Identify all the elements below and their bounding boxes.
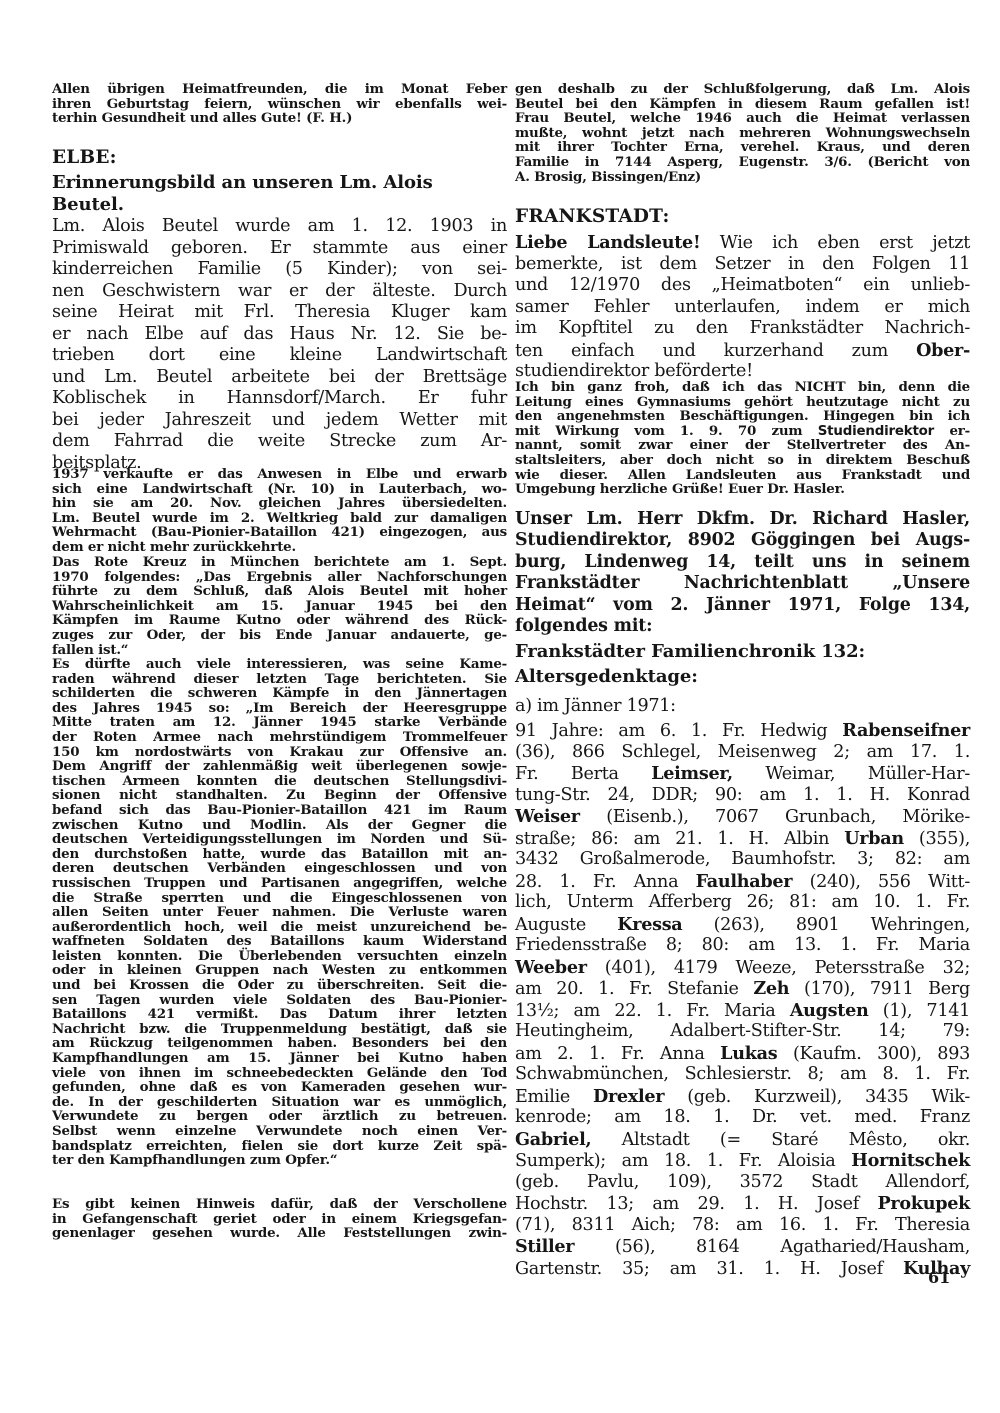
text-line: deutschen Verteidigungsstellungen im Nor… [52,832,507,847]
text-run: Friedensstraße 8; 80: am 13. 1. Fr. Mari… [515,935,970,955]
text-line: und Lm. Beutel arbeitete bei der Brettsä… [52,367,507,389]
text-line: genenlager gesehen wurde. Alle Feststell… [52,1226,507,1241]
text-line: gefunden, ohne daß es von Kameraden gese… [52,1080,507,1095]
text-line: Mitte traten am 12. Jänner 1945 starke V… [52,715,507,730]
text-run: kenrode; am 18. 1. Dr. vet. med. Franz [515,1107,970,1127]
text-line: sen Tagen wurden viele Soldaten des Bau-… [52,993,507,1008]
section-heading-elbe: ELBE: [52,147,507,169]
text-run: er- [934,423,970,439]
text-line: Allen übrigen Heimatfreunden, die im Mon… [52,82,507,97]
text-line: Studiendirektor, 8902 Göggingen bei Augs… [515,530,970,551]
text-line: fallen ist.“ [52,643,507,658]
text-line: schilderten die schweren Kämpfe in den J… [52,686,507,701]
text-run: (36), 866 Schlegel, Meisenweg 2; am 17. … [515,742,970,762]
text-line: außerordentlich hoch, weil die meist unz… [52,920,507,935]
text-line: Umgebung herzliche Grüße! Euer Dr. Hasle… [515,482,970,497]
text-run: lich, Unterm Afferberg 26; 81: am 10. 1.… [515,892,970,912]
text-line: Wehrmacht (Bau-Pionier-Bataillon 421) ei… [52,525,507,540]
text-run: (geb. Pavlu, 109), 3572 Stadt Allendorf, [515,1172,970,1192]
text-line: Lm. Alois Beutel wurde am 1. 12. 1903 in [52,216,507,238]
text-line: Lm. Beutel wurde im 2. Weltkrieg bald zu… [52,511,507,526]
text-line: Kampfhandlungen am 15. Jänner bei Kutno … [52,1051,507,1066]
salutation: Liebe Landsleute! [515,232,700,253]
text-line: im Kopftitel zu den Frankstädter Nachric… [515,318,970,340]
text-run: am 20. 1. Fr. Stefanie [515,979,753,999]
letter-body: Ich bin ganz froh, daß ich das NICHT bin… [515,380,970,497]
text-line: der Roten Armee nach mehrstündigem Tromm… [52,730,507,745]
text-line: und bei Krossen die Oder zu überschreite… [52,978,507,993]
text-line: raden während dieser letzten Tage berich… [52,672,507,687]
chronicle-line: kenrode; am 18. 1. Dr. vet. med. Franz [515,1107,970,1129]
chronicle-line: Weeber (401), 4179 Weeze, Petersstraße 3… [515,957,970,979]
surname: Faulhaber [696,871,793,892]
text-line: Leitung eines Gymnasiums gehört heutzuta… [515,395,970,410]
text-line: am Rückzug teilgenommen haben. Besonders… [52,1036,507,1051]
text-run: (170), 7911 Berg [789,979,970,999]
chronicle-line: (geb. Pavlu, 109), 3572 Stadt Allendorf, [515,1172,970,1194]
text-line: allen Seiten unter Feuer nahmen. Die Ver… [52,905,507,920]
chronicle-line: Hochstr. 13; am 29. 1. H. Josef Prokupek [515,1193,970,1215]
chronicle-subtitle: Altersgedenktage: [515,666,970,688]
chronicle-line: 91 Jahre: am 6. 1. Fr. Hedwig Rabenseifn… [515,720,970,742]
letter-intro: Liebe Landsleute! Wie ich eben erst jetz… [515,232,970,383]
surname: Kressa [617,914,682,935]
chronicle-line: Stiller (56), 8164 Agatharied/Hausham, [515,1236,970,1258]
text-line: Das Rote Kreuz in München berichtete am … [52,555,507,570]
text-line: Familie in 7144 Asperg, Eugenstr. 3/6. (… [515,155,970,170]
chronicle-line: Gartenstr. 35; am 31. 1. H. Josef Kulhay [515,1258,970,1280]
chronicle-line: (36), 866 Schlegel, Meisenweg 2; am 17. … [515,742,970,764]
title-line: Erinnerungsbild an unseren Lm. Alois [52,172,507,194]
text-line: waffneten Soldaten des Bataillons kaum W… [52,934,507,949]
text-line: Unser Lm. Herr Dkfm. Dr. Richard Hasler, [515,509,970,530]
text-line: burg, Lindenweg 14, teilt uns in seinem [515,552,970,573]
text-run: tung-Str. 24, DDR; 90: am 1. 1. H. Konra… [515,785,970,805]
text-line: kinderreichen Familie (5 Kinder); von se… [52,259,507,281]
text-run: (geb. Kurzweil), 3435 Wik- [664,1087,970,1107]
text-line: Frankstädter Nachrichtenblatt „Unsere [515,573,970,594]
text-line: mit ihrer Tochter Erna, verehel. Kraus, … [515,140,970,155]
surname: Drexler [593,1086,664,1107]
text-run: (Kaufm. 300), 893 [777,1044,970,1064]
text-run: ten einfach und kurzerhand zum [515,341,916,361]
text-run: (1), 7141 [868,1001,970,1021]
surname: Weiser [515,806,580,827]
text-line: dem er nicht mehr zurückkehrte. [52,540,507,555]
surname: Prokupek [877,1193,970,1214]
text-line: sich eine Landwirtschaft (Nr. 10) in Lau… [52,482,507,497]
lead-paragraph: Lm. Alois Beutel wurde am 1. 12. 1903 in… [52,216,507,474]
text-run: straße; 86: am 21. 1. H. Albin [515,829,844,849]
text-run: (355), [904,829,970,849]
text-line: Bataillons 421 vermißt. Das Datum ihrer … [52,1007,507,1022]
text-line: mit Wirkung vom 1. 9. 70 zum Studiendire… [515,424,970,439]
text-run: Altstadt (= Staré Mêsto, okr. [591,1130,970,1150]
page-number: 61 [928,1268,950,1287]
chronicle-line: Fr. Berta Leimser, Weimar, Müller-Har- [515,763,970,785]
text-line: viele von ihnen im schneebedeckten Gelän… [52,1066,507,1081]
body-paragraph-2: Das Rote Kreuz in München berichtete am … [52,555,507,657]
text-run: Fr. Berta [515,764,651,784]
chronicle-line: am 20. 1. Fr. Stefanie Zeh (170), 7911 B… [515,978,970,1000]
chronicle-line: lich, Unterm Afferberg 26; 81: am 10. 1.… [515,892,970,914]
text-line: Frau Beutel, welche 1946 auch die Heimat… [515,111,970,126]
text-run: Heutingheim, Adalbert-Stifter-Str. 14; 7… [515,1021,970,1041]
text-line: des Jahres 1945 so: „Im Bereich der Heer… [52,701,507,716]
text-run: mit Wirkung vom 1. 9. 70 zum [515,423,818,439]
chronicle-line: Emilie Drexler (geb. Kurzweil), 3435 Wik… [515,1086,970,1108]
chronicle-line: straße; 86: am 21. 1. H. Albin Urban (35… [515,828,970,850]
chronicle-line: Gabriel, Altstadt (= Staré Mêsto, okr. [515,1129,970,1151]
text-line: befand sich das Bau-Pionier-Bataillon 42… [52,803,507,818]
text-line: seine Heirat mit Frl. Theresia Kluger ka… [52,302,507,324]
text-line: zuges zur Oder, der bis Ende Januar anda… [52,628,507,643]
body-paragraph-4: Es gibt keinen Hinweis dafür, daß der Ve… [52,1197,507,1241]
text-line: de. In der geschilderten Situation war e… [52,1095,507,1110]
text-run: Wie ich eben erst jetzt [700,233,970,253]
text-line: Liebe Landsleute! Wie ich eben erst jetz… [515,232,970,254]
text-line: den durchstoßen hatte, wurde das Bataill… [52,847,507,862]
chronicle-line: 28. 1. Fr. Anna Faulhaber (240), 556 Wit… [515,871,970,893]
text-line: führte zu dem Schluß, daß Alois Beutel m… [52,584,507,599]
chronicle-line: Sumperk); am 18. 1. Fr. Aloisia Hornitsc… [515,1150,970,1172]
text-run: (56), 8164 Agatharied/Hausham, [574,1237,970,1257]
text-line: dem Fahrrad die weite Strecke zum Ar- [52,431,507,453]
text-line: tischen Armeen konnten die deutschen Ste… [52,774,507,789]
text-run: 28. 1. Fr. Anna [515,872,696,892]
text-line: Ich bin ganz froh, daß ich das NICHT bin… [515,380,970,395]
text-line: trieben dort eine kleine Landwirtschaft [52,345,507,367]
text-line: bei jeder Jahreszeit und jedem Wetter mi… [52,410,507,432]
text-run: (71), 8311 Aich; 78: am 16. 1. Fr. There… [515,1215,970,1235]
chronicle-title: Frankstädter Familienchronik 132: [515,641,970,663]
text-run: Gartenstr. 35; am 31. 1. H. Josef [515,1259,903,1279]
text-run: Hochstr. 13; am 29. 1. H. Josef [515,1194,877,1214]
chronicle-line: Schwabmünchen, Schlesierstr. 8; am 8. 1.… [515,1064,970,1086]
article-title: Erinnerungsbild an unseren Lm. Alois Beu… [52,172,507,216]
title-line: Beutel. [52,194,507,216]
text-line: Heimat“ vom 2. Jänner 1971, Folge 134, [515,595,970,616]
text-run: Schwabmünchen, Schlesierstr. 8; am 8. 1.… [515,1064,970,1084]
intro-paragraph: Allen übrigen Heimatfreunden, die im Mon… [52,82,507,126]
chronicle-line: 13½; am 22. 1. Fr. Maria Augsten (1), 71… [515,1000,970,1022]
text-run: (263), 8901 Wehringen, [682,915,970,935]
text-run: Sumperk); am 18. 1. Fr. Aloisia [515,1151,851,1171]
text-line: 1970 folgendes: „Das Ergebnis aller Nach… [52,570,507,585]
text-run: (401), 4179 Weeze, Petersstraße 32; [587,958,970,978]
text-run: (240), 556 Witt- [792,872,970,892]
text-line: Koblischek in Hannsdorf/March. Er fuhr [52,388,507,410]
text-line: 150 km nordostwärts von Krakau zur Offen… [52,745,507,760]
text-run: beförderte! [649,361,753,381]
chronicle-line: Auguste Kressa (263), 8901 Wehringen, [515,914,970,936]
bold-term: Ober- [916,340,970,361]
text-line: Wahrscheinlichkeit am 15. Januar 1945 be… [52,599,507,614]
text-line: hin sie am 20. Nov. gleichen Jahres über… [52,496,507,511]
text-line: mußte, wohnt jetzt nach mehreren Wohnung… [515,126,970,141]
text-line: oder in kleinen Gruppen nach Westen zu e… [52,963,507,978]
surname: Stiller [515,1236,574,1257]
surname: Rabenseifner [842,720,970,741]
text-line: A. Brosig, Bissingen/Enz) [515,170,970,185]
announcement-paragraph: Unser Lm. Herr Dkfm. Dr. Richard Hasler,… [515,509,970,637]
text-line: staltsleiters, aber doch nicht so in dir… [515,453,970,468]
text-line: wie dieser. Allen Landsleuten aus Franks… [515,468,970,483]
text-line: ten einfach und kurzerhand zum Ober- [515,340,970,362]
text-line: Beutel bei den Kämpfen in diesem Raum ge… [515,97,970,112]
text-line: deren deutschen Verbänden eingeschlossen… [52,861,507,876]
text-line: er nach Elbe auf das Haus Nr. 12. Sie be… [52,324,507,346]
continuation-paragraph: gen deshalb zu der Schlußfolgerung, daß … [515,82,970,184]
text-run: am 2. 1. Fr. Anna [515,1044,720,1064]
text-line: zwischen Kutno und Modlin. Als der Gegne… [52,818,507,833]
text-run: Auguste [515,915,617,935]
surname: Hornitschek [851,1150,970,1171]
text-line: und 12/1970 des „Heimatboten“ ein unlieb… [515,275,970,297]
text-line: ter den Kampfhandlungen zum Opfer.“ [52,1153,507,1168]
text-line: Selbst wenn einzelne Verwundete noch ein… [52,1124,507,1139]
chronicle-line: Heutingheim, Adalbert-Stifter-Str. 14; 7… [515,1021,970,1043]
chronicle-line: Weiser (Eisenb.), 7067 Grunbach, Mörike- [515,806,970,828]
surname: Zeh [753,978,789,999]
text-run: Emilie [515,1087,593,1107]
surname: Gabriel, [515,1129,591,1150]
text-line: Verwundete zu bergen oder ärztlich zu be… [52,1109,507,1124]
text-line: 1937 verkaufte er das Anwesen in Elbe un… [52,467,507,482]
text-line: folgendes mit: [515,616,970,637]
text-line: sionen nicht standhalten. Zu Beginn der … [52,788,507,803]
surname: Lukas [720,1043,777,1064]
text-line: den angenehmsten Beschäftigungen. Hingeg… [515,409,970,424]
chronicle-line: 3432 Großalmerode, Baumhofstr. 3; 82: am [515,849,970,871]
text-line: Es dürfte auch viele interessieren, was … [52,657,507,672]
section-heading-frankstadt: FRANKSTADT: [515,206,970,228]
text-line: bemerkte, ist dem Setzer in den Folgen 1… [515,254,970,276]
surname: Weeber [515,957,587,978]
text-line: Nachricht bzw. die Truppenmeldung bestät… [52,1022,507,1037]
text-line: gen deshalb zu der Schlußfolgerung, daß … [515,82,970,97]
text-line: die Straße sperrten und die Eingeschloss… [52,891,507,906]
text-line: russischen Truppen und Partisanen angegr… [52,876,507,891]
chronicle-line: Friedensstraße 8; 80: am 13. 1. Fr. Mari… [515,935,970,957]
month-label: a) im Jänner 1971: [515,696,970,718]
text-line: bandsplatz erreichten, fielen sie dort k… [52,1139,507,1154]
chronicle-line: tung-Str. 24, DDR; 90: am 1. 1. H. Konra… [515,785,970,807]
text-line: Dem Angriff der zahlenmäßig weit überleg… [52,759,507,774]
surname: Leimser, [651,763,733,784]
text-run: 13½; am 22. 1. Fr. Maria [515,1001,790,1021]
text-line: terhin Gesundheit und alles Gute! (F. H.… [52,111,507,126]
surname: Urban [844,828,904,849]
text-run: 3432 Großalmerode, Baumhofstr. 3; 82: am [515,849,970,869]
text-run: (Eisenb.), 7067 Grunbach, Mörike- [580,807,970,827]
text-line: leisten konnten. Die Überlebenden versuc… [52,949,507,964]
chronicle-list: 91 Jahre: am 6. 1. Fr. Hedwig Rabenseifn… [515,720,970,1279]
text-line: Primiswald geboren. Er stammte aus einer [52,238,507,260]
text-line: in Gefangenschaft geriet oder in einem K… [52,1212,507,1227]
text-line: Es gibt keinen Hinweis dafür, daß der Ve… [52,1197,507,1212]
chronicle-line: am 2. 1. Fr. Anna Lukas (Kaufm. 300), 89… [515,1043,970,1065]
text-line: samer Fehler unterlaufen, indem er mich [515,297,970,319]
body-paragraph-1: 1937 verkaufte er das Anwesen in Elbe un… [52,467,507,555]
text-run: studiendirektor [515,361,649,381]
chronicle-line: (71), 8311 Aich; 78: am 16. 1. Fr. There… [515,1215,970,1237]
text-run: Weimar, Müller-Har- [733,764,970,784]
text-line: nen Geschwistern war er der älteste. Dur… [52,281,507,303]
body-paragraph-3: Es dürfte auch viele interessieren, was … [52,657,507,1168]
text-run: 91 Jahre: am 6. 1. Fr. Hedwig [515,721,842,741]
text-line: ihren Geburtstag feiern, wünschen wir eb… [52,97,507,112]
text-line: Kämpfen im Raume Kutno oder während des … [52,613,507,628]
surname: Augsten [790,1000,869,1021]
text-line: nannt, somit zwar einer der Stellvertret… [515,438,970,453]
